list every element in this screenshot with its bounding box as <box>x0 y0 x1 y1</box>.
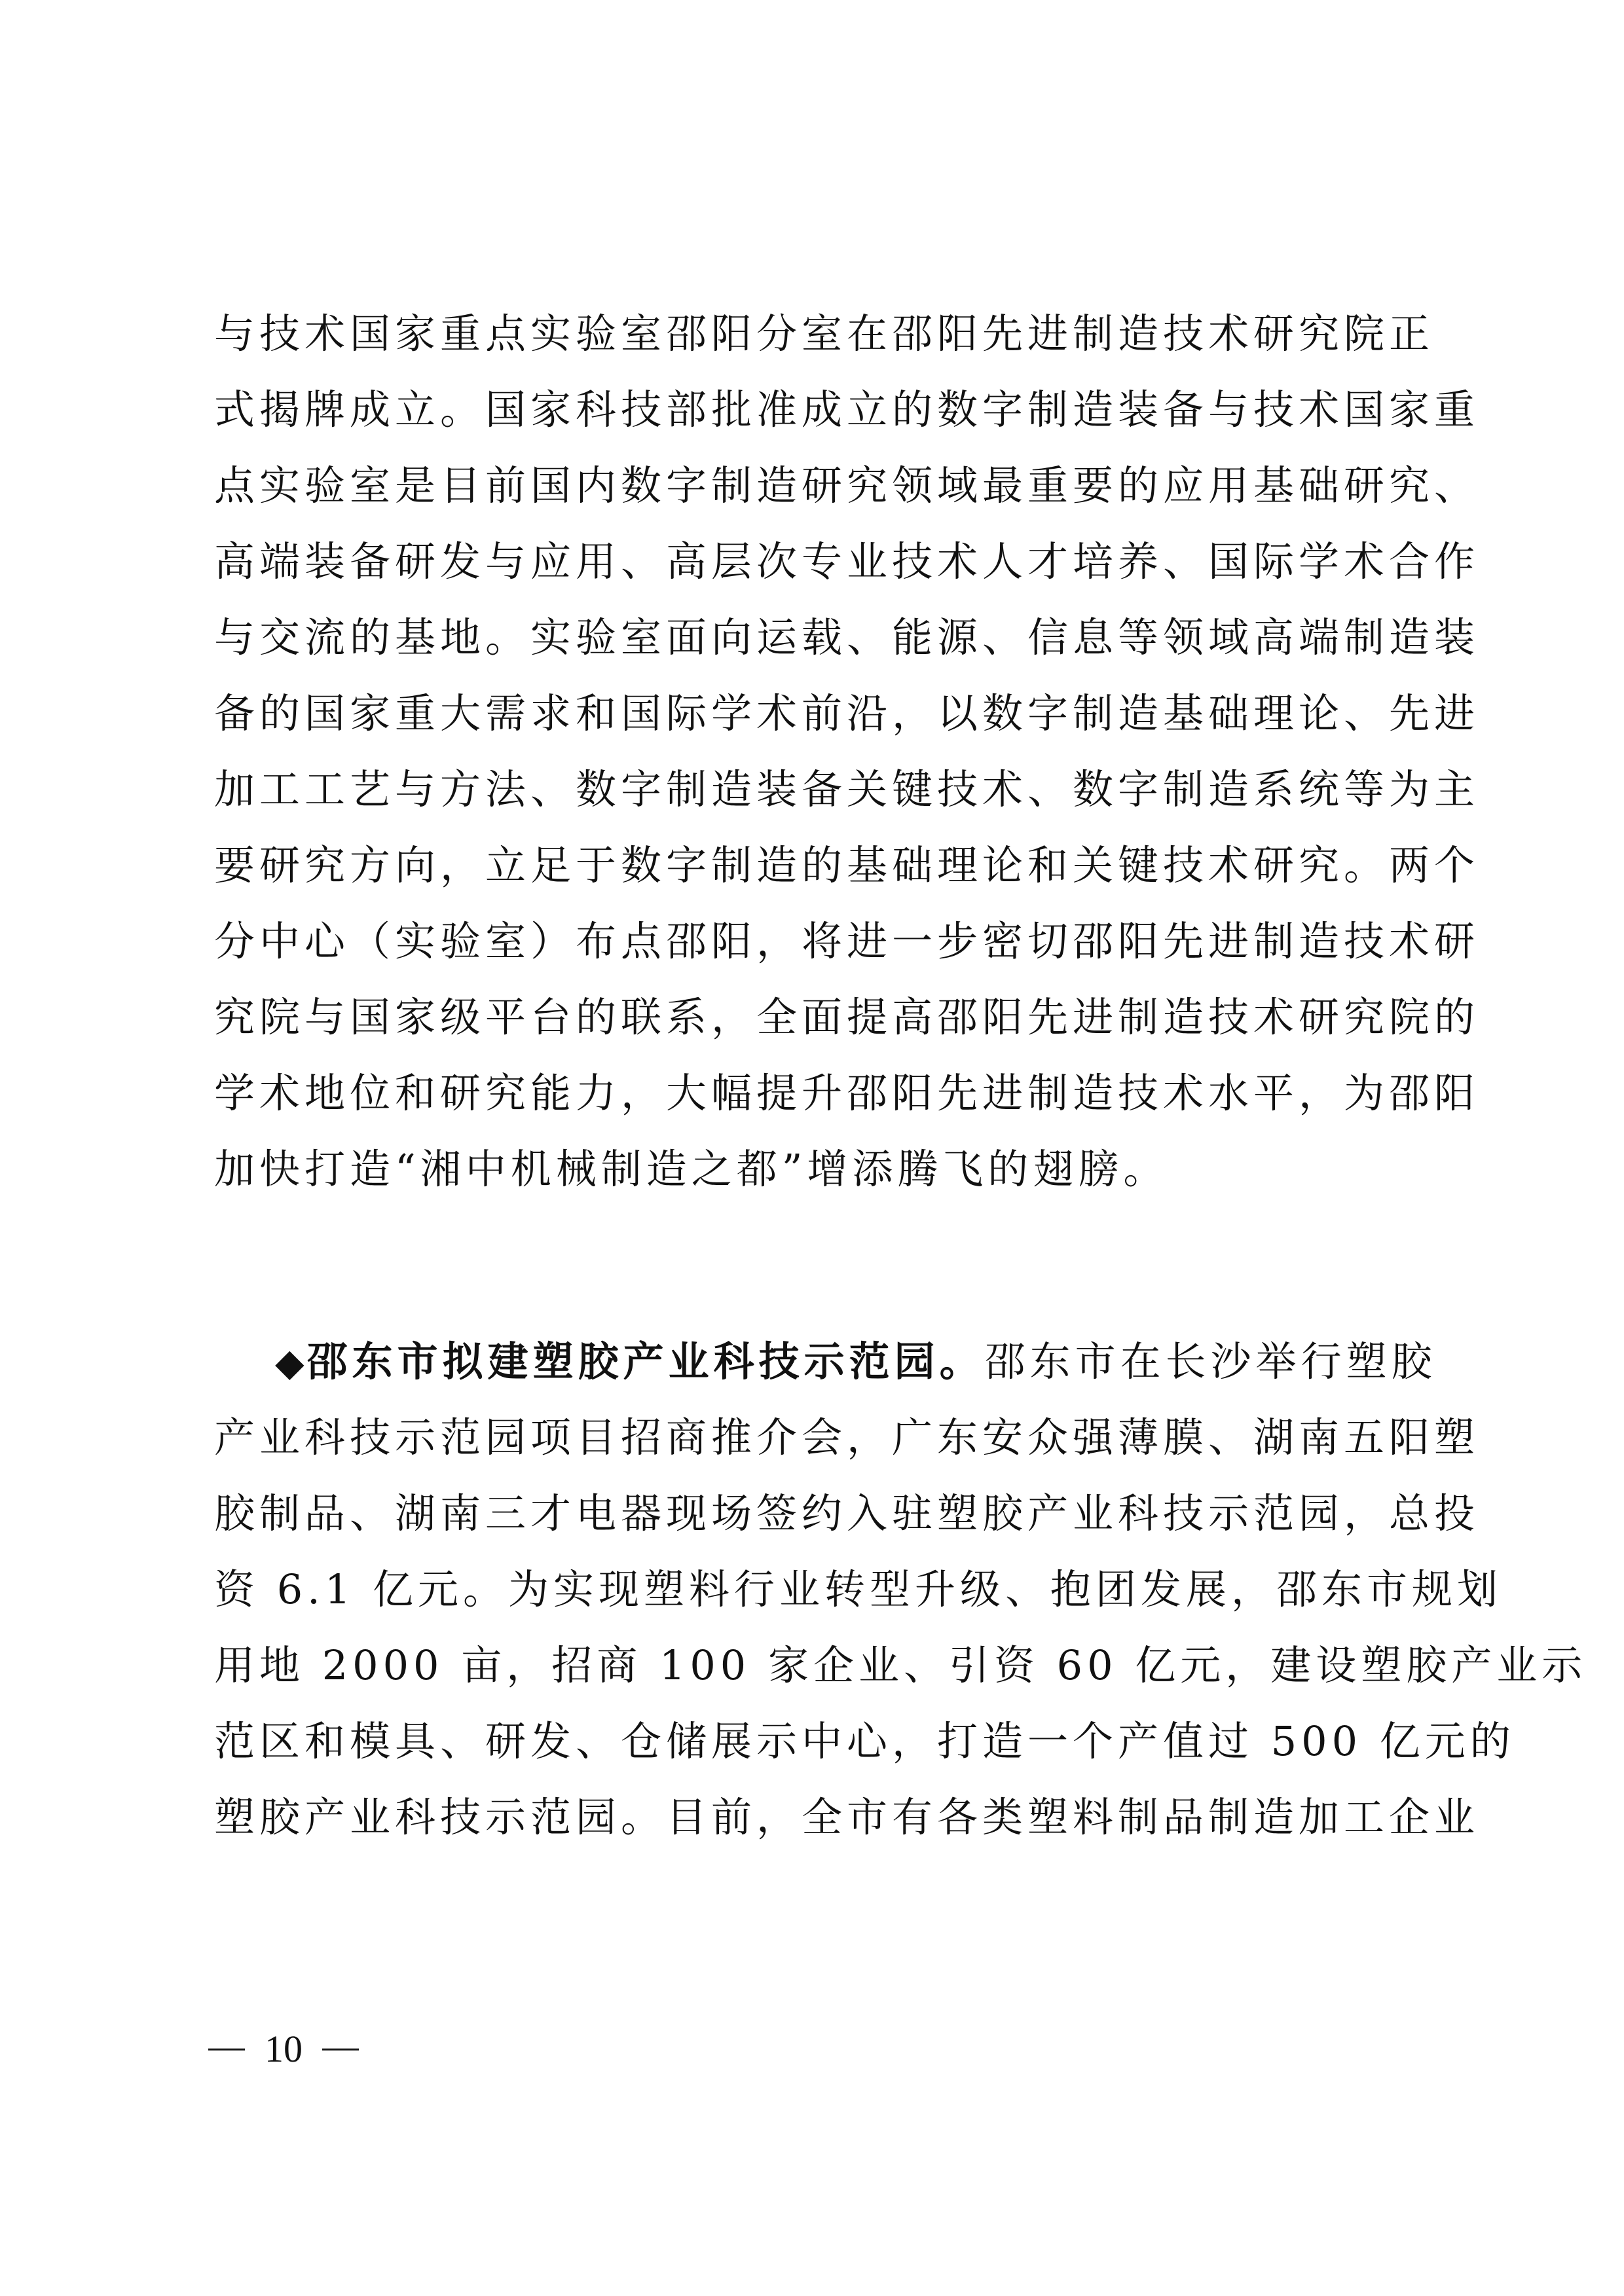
section-heading: 邵东市拟建塑胶产业科技示范园。 <box>307 1338 985 1385</box>
paragraph-line: 备的国家重大需求和国际学术前沿，以数字制造基础理论、先进 <box>214 676 1412 752</box>
paragraph-line: 要研究方向，立足于数字制造的基础理论和关键技术研究。两个 <box>214 828 1412 903</box>
paragraph-line: 加快打造“湘中机械制造之都”增添腾飞的翅膀。 <box>214 1131 1412 1207</box>
paragraph-line: 用地 2000 亩，招商 100 家企业、引资 60 亿元，建设塑胶产业示 <box>214 1628 1412 1704</box>
paragraph-line: 高端装备研发与应用、高层次专业技术人才培养、国际学术合作 <box>214 524 1412 600</box>
paragraph-line: 点实验室是目前国内数字制造研究领域最重要的应用基础研究、 <box>214 448 1412 524</box>
paragraph-lab-announcement: 与技术国家重点实验室邵阳分室在邵阳先进制造技术研究院正 式揭牌成立。国家科技部批… <box>214 296 1412 1207</box>
diamond-bullet-icon: ◆ <box>275 1324 304 1400</box>
paragraph-line: 范区和模具、研发、仓储展示中心，打造一个产值过 500 亿元的 <box>214 1704 1412 1779</box>
section-heading-line: ◆邵东市拟建塑胶产业科技示范园。邵东市在长沙举行塑胶 <box>214 1324 1412 1400</box>
paragraph-line: 与技术国家重点实验室邵阳分室在邵阳先进制造技术研究院正 <box>214 296 1412 372</box>
dash-decoration-right <box>322 2049 359 2050</box>
paragraph-line: 式揭牌成立。国家科技部批准成立的数字制造装备与技术国家重 <box>214 372 1412 448</box>
paragraph-line: 与交流的基地。实验室面向运载、能源、信息等领域高端制造装 <box>214 600 1412 676</box>
paragraph-line: 资 6.1 亿元。为实现塑料行业转型升级、抱团发展，邵东市规划 <box>214 1552 1412 1628</box>
paragraph-line: 学术地位和研究能力，大幅提升邵阳先进制造技术水平，为邵阳 <box>214 1055 1412 1131</box>
page-number: 10 <box>265 2026 303 2072</box>
paragraph-line: 塑胶产业科技示范园。目前，全市有各类塑料制品制造加工企业 <box>214 1779 1412 1855</box>
document-page: 与技术国家重点实验室邵阳分室在邵阳先进制造技术研究院正 式揭牌成立。国家科技部批… <box>0 0 1624 2296</box>
page-number-footer: 10 <box>208 2026 359 2072</box>
paragraph-line: 胶制品、湖南三才电器现场签约入驻塑胶产业科技示范园，总投 <box>214 1476 1412 1552</box>
paragraph-line: 产业科技示范园项目招商推介会，广东安众强薄膜、湖南五阳塑 <box>214 1400 1412 1476</box>
paragraph-line: 分中心（实验室）布点邵阳，将进一步密切邵阳先进制造技术研 <box>214 903 1412 979</box>
dash-decoration-left <box>208 2049 245 2050</box>
paragraph-line: 加工工艺与方法、数字制造装备关键技术、数字制造系统等为主 <box>214 752 1412 828</box>
paragraph-plastics-park: ◆邵东市拟建塑胶产业科技示范园。邵东市在长沙举行塑胶 产业科技示范园项目招商推介… <box>214 1324 1412 1855</box>
paragraph-line: 究院与国家级平台的联系，全面提高邵阳先进制造技术研究院的 <box>214 979 1412 1055</box>
paragraph-text: 邵东市在长沙举行塑胶 <box>985 1338 1437 1385</box>
